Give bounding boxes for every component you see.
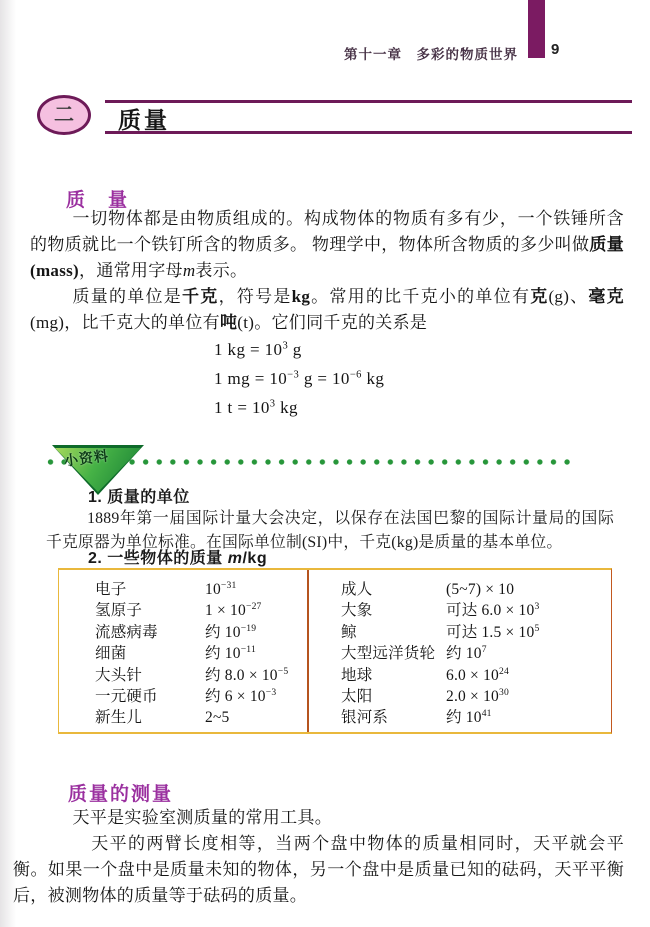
section-number-badge: 二: [37, 95, 91, 135]
formula-mg-to-kg: 1 mg = 10−3 g = 10−6 kg: [214, 365, 384, 394]
subsection-heading-measurement: 质量的测量: [68, 779, 173, 806]
mass-table: 电子10−31 氢原子1 × 10−27 流感病毒约 10−19 细菌约 10−…: [58, 568, 612, 734]
table-row: 新生儿2~5: [95, 707, 307, 728]
table-row: 大象可达 6.0 × 103: [341, 600, 611, 621]
textbook-page: 第十一章 多彩的物质世界 9 二 质量 质 量 一切物体都是由物质组成的。构成物…: [0, 0, 650, 927]
table-row: 流感病毒约 10−19: [95, 622, 307, 643]
table-row: 一元硬币约 6 × 10−3: [95, 686, 307, 707]
object-name: 地球: [341, 665, 446, 686]
table-row: 地球6.0 × 1024: [341, 665, 611, 686]
table-row: 大头针约 8.0 × 10−5: [95, 665, 307, 686]
object-mass: 可达 1.5 × 105: [446, 622, 611, 643]
section-number: 二: [54, 105, 74, 125]
table-row: 鲸可达 1.5 × 105: [341, 622, 611, 643]
object-mass: 1 × 10−27: [205, 600, 307, 621]
object-name: 新生儿: [95, 707, 205, 728]
formula-t-to-kg: 1 t = 103 kg: [214, 394, 384, 423]
object-name: 电子: [95, 579, 205, 600]
mass-table-left-column: 电子10−31 氢原子1 × 10−27 流感病毒约 10−19 细菌约 10−…: [59, 570, 307, 732]
section-title: 质量: [118, 102, 170, 135]
object-name: 成人: [341, 579, 446, 600]
table-row: 银河系约 1041: [341, 707, 611, 728]
object-name: 一元硬币: [95, 686, 205, 707]
chapter-title: 第十一章 多彩的物质世界: [344, 43, 518, 63]
table-row: 氢原子1 × 10−27: [95, 600, 307, 621]
object-mass: 2.0 × 1030: [446, 686, 611, 707]
object-mass: 10−31: [205, 579, 307, 600]
object-name: 大头针: [95, 665, 205, 686]
page-number: 9: [551, 41, 559, 58]
table-row: 电子10−31: [95, 579, 307, 600]
object-name: 大型远洋货轮: [341, 643, 446, 664]
table-row: 细菌约 10−11: [95, 643, 307, 664]
paragraph-mass-intro: 一切物体都是由物质组成的。构成物体的物质有多有少，一个铁锤所含的物质就比一个铁钉…: [30, 206, 624, 283]
table-row: 太阳2.0 × 1030: [341, 686, 611, 707]
object-name: 流感病毒: [95, 622, 205, 643]
object-name: 氢原子: [95, 600, 205, 621]
object-name: 银河系: [341, 707, 446, 728]
object-mass: 约 10−19: [205, 622, 307, 643]
paragraph-balance-tool: 天平是实验室测质量的常用工具。: [30, 805, 624, 831]
object-mass: 约 8.0 × 10−5: [205, 665, 307, 686]
sidebox-item1-heading: 1. 质量的单位: [88, 484, 190, 507]
banner-rule-top: [105, 100, 632, 103]
table-row: 大型远洋货轮约 107: [341, 643, 611, 664]
unit-conversion-formulas: 1 kg = 103 g 1 mg = 10−3 g = 10−6 kg 1 t…: [214, 336, 384, 422]
object-name: 大象: [341, 600, 446, 621]
object-mass: 约 107: [446, 643, 611, 664]
object-mass: 2~5: [205, 707, 307, 728]
paragraph-mass-units: 质量的单位是千克，符号是kg。常用的比千克小的单位有克(g)、毫克(mg)，比千…: [30, 284, 624, 336]
object-mass: 约 10−11: [205, 643, 307, 664]
table-row: 成人(5~7) × 10: [341, 579, 611, 600]
object-mass: 可达 6.0 × 103: [446, 600, 611, 621]
object-mass: (5~7) × 10: [446, 579, 611, 600]
paragraph-balance-principle: 天平的两臂长度相等，当两个盘中物体的质量相同时，天平就会平衡。如果一个盘中是质量…: [13, 831, 624, 909]
formula-kg-to-g: 1 kg = 103 g: [214, 336, 384, 365]
object-mass: 约 6 × 10−3: [205, 686, 307, 707]
chapter-accent-bar: [528, 0, 545, 58]
object-name: 太阳: [341, 686, 446, 707]
object-name: 鲸: [341, 622, 446, 643]
object-mass: 6.0 × 1024: [446, 665, 611, 686]
banner-rule-bottom: [105, 131, 632, 134]
object-name: 细菌: [95, 643, 205, 664]
object-mass: 约 1041: [446, 707, 611, 728]
sidebox-item2-heading: 2. 一些物体的质量 m/kg: [88, 545, 267, 568]
mass-table-right-column: 成人(5~7) × 10 大象可达 6.0 × 103 鲸可达 1.5 × 10…: [309, 570, 611, 732]
